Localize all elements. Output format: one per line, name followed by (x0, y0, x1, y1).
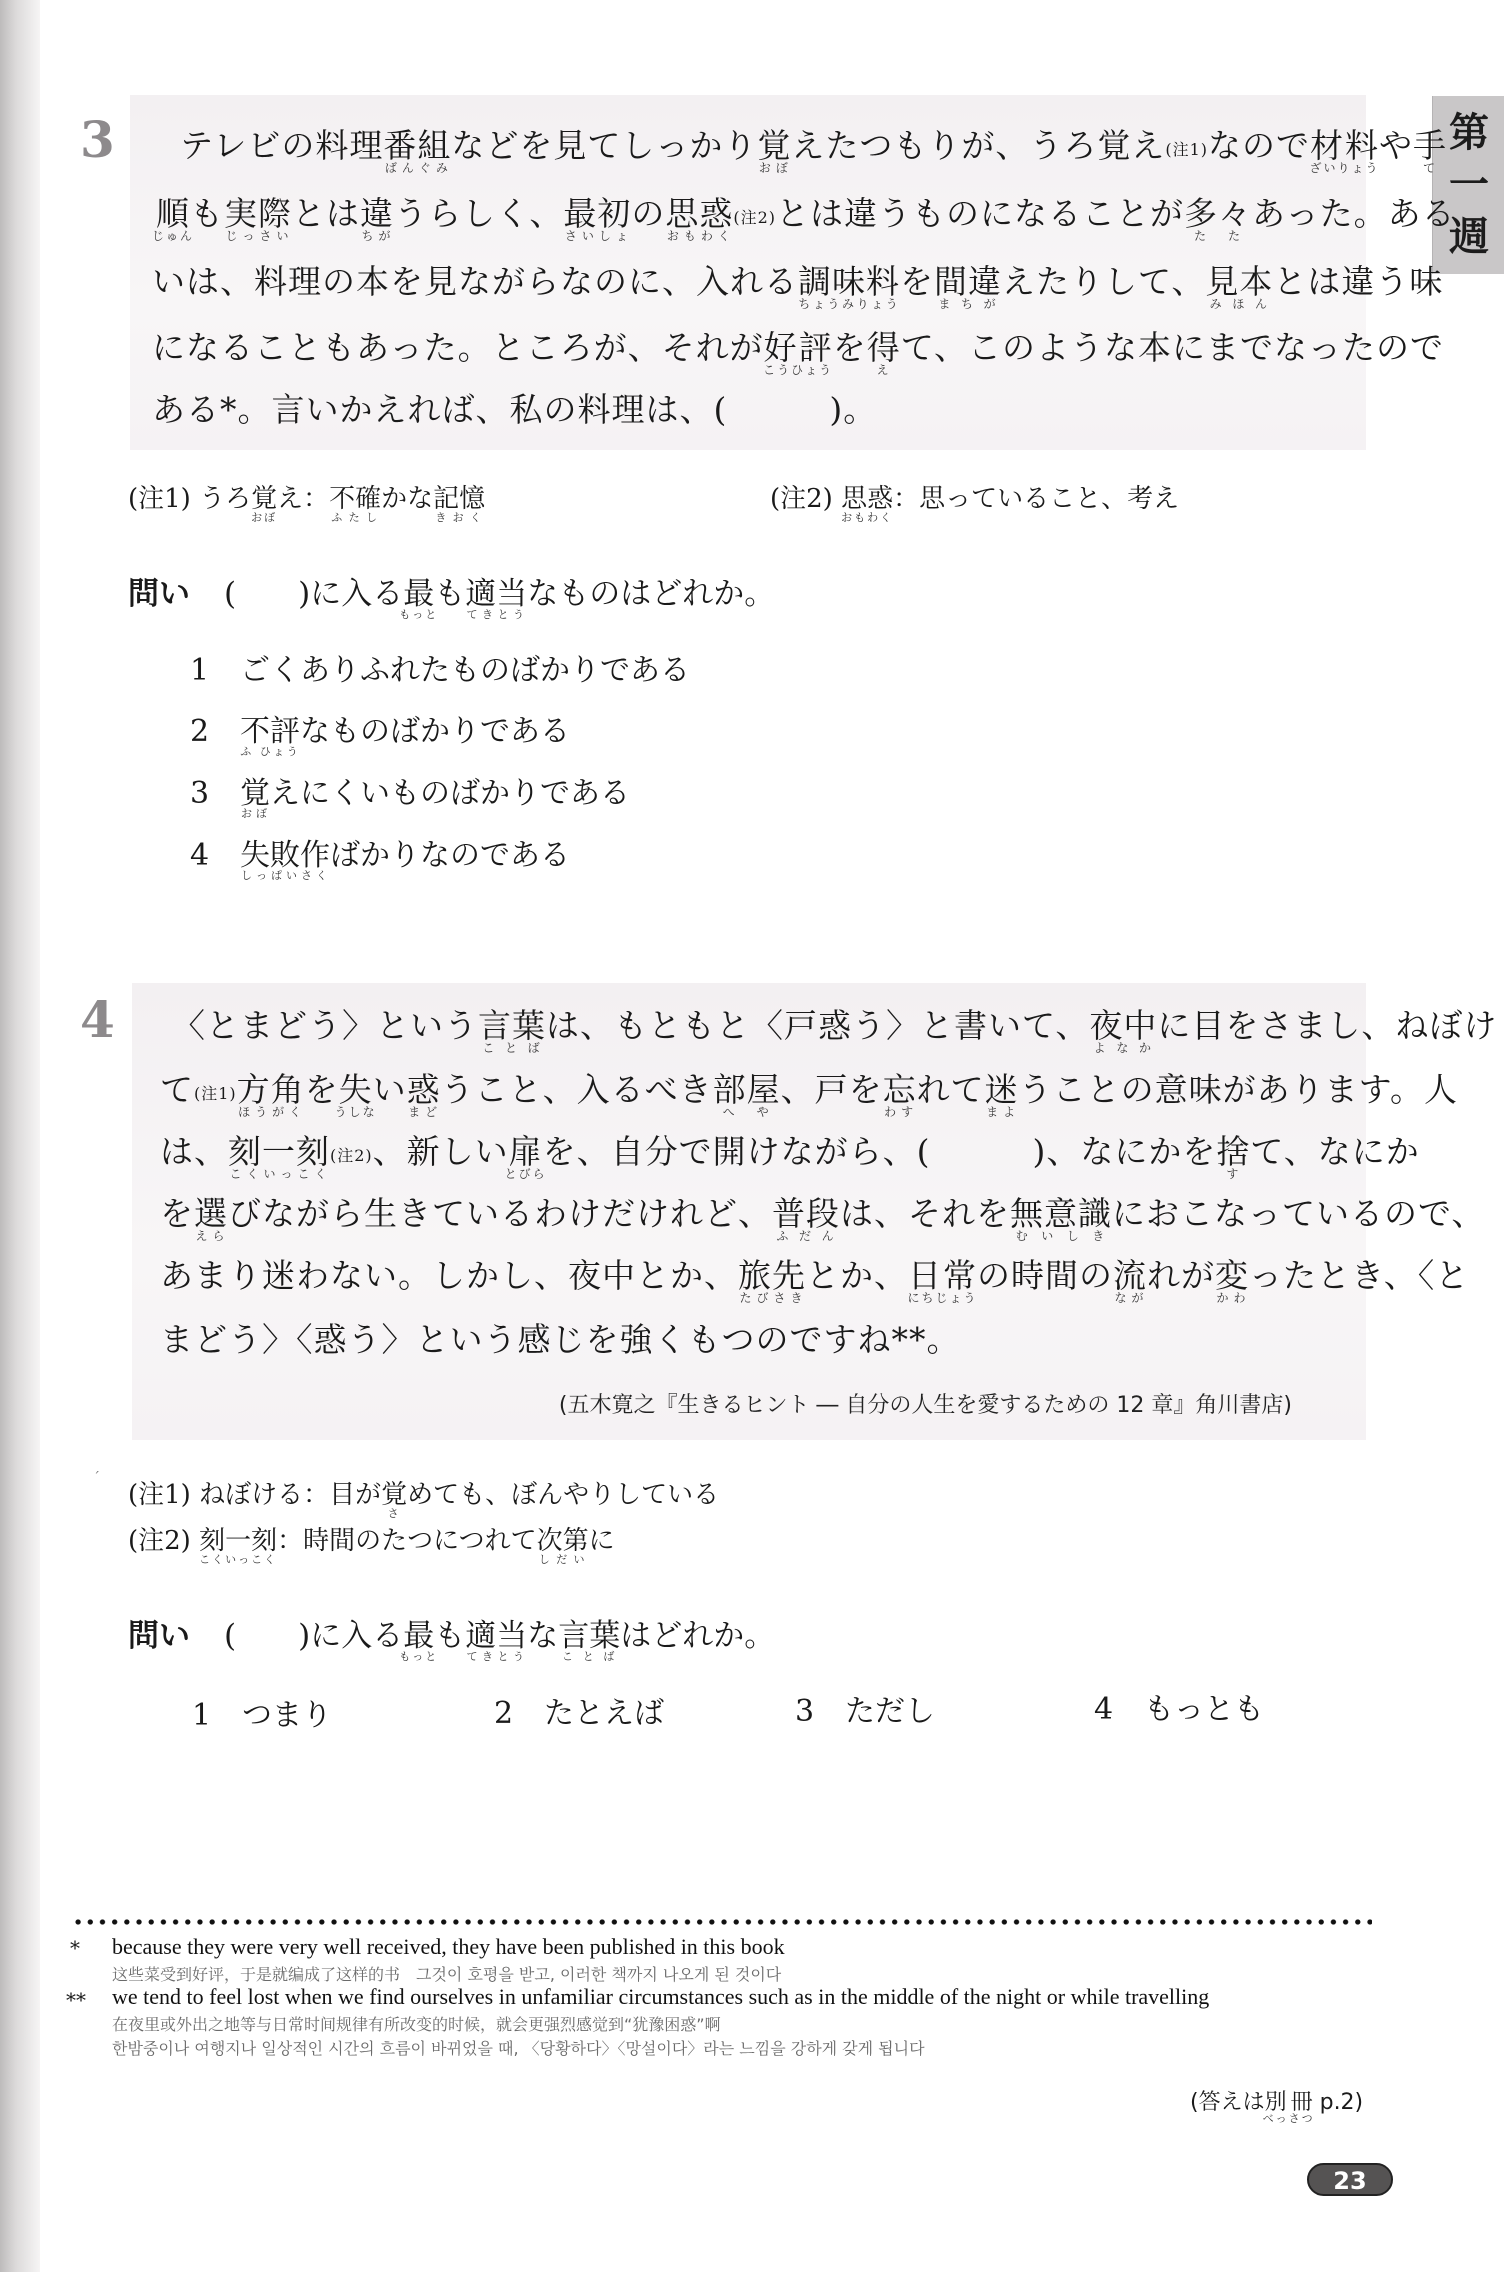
week-tab-char-1: 第 (1449, 107, 1489, 159)
footnote-1-english: because they were very well received, th… (112, 1934, 785, 1960)
answer-reference: (答えは別冊べっさつ p.2) (1190, 2085, 1363, 2124)
footnote-divider (72, 1918, 1372, 1926)
answer-blank: ( ) (224, 576, 310, 612)
footnote-2-english: we tend to feel lost when we find oursel… (112, 1984, 1209, 2010)
question-label: 問い (128, 1618, 190, 1654)
section-4-line-2: て(注1)方角ほうがくを失うしない惑まどうこと、入るべき部屋へや、戸を忘わすれて… (160, 1064, 1458, 1118)
section-4-line-1: 〈とまどう〉という言葉ことばは、もともと〈戸惑う〉と書いて、夜中よなかに目をさま… (172, 1000, 1497, 1054)
section-4-number: 4 (80, 990, 115, 1049)
section-3-option-3[interactable]: 3覚おぼえにくいものばかりである (190, 768, 630, 819)
footnote-2-mark: ** (66, 1988, 86, 2012)
section-4-option-2[interactable]: 2たとえば (494, 1688, 664, 1732)
answer-blank: ( ) (224, 1618, 310, 1654)
section-3-line-1: テレビの料理番組ばんぐみなどを見てしっかり覚おぼえたつもりが、うろ覚え(注1)な… (180, 120, 1447, 174)
section-3-line-4: になることもあった。ところが、それが好評こうひょうを得えて、このような本にまでな… (152, 322, 1444, 376)
stray-mark: ˊ (93, 1470, 100, 1486)
section-4-line-5: あまり迷わない。しかし、夜中とか、旅先たびさきとか、日常にちじょうの時間の流なが… (160, 1250, 1469, 1304)
section-3-line-5: ある*。言いかえれば、私の料理は、( )。 (152, 384, 877, 431)
section-4-line-3: は、刻一刻こくいっこく(注2)、新しい扉とびらを、自分で開けながら、( )、なに… (160, 1126, 1420, 1180)
question-label: 問い (128, 576, 190, 612)
section-3-option-2[interactable]: 2不評ふ ひょうなものばかりである (190, 706, 570, 758)
section-3-line-3: いは、料理の本を見ながらなのに、入れる調味料ちょうみりょうを間違まちがえたりして… (152, 256, 1443, 310)
source-citation: (五木寛之『生きるヒント ― 自分の人生を愛するための 12 章』角川書店) (559, 1388, 1292, 1419)
section-4-note-1: (注1) ねぼける：目が覚さめても、ぼんやりしている (128, 1474, 719, 1519)
section-3-option-4[interactable]: 4失敗作しっぱいさくばかりなのである (190, 830, 570, 881)
section-4-option-3[interactable]: 3ただし (795, 1686, 935, 1730)
section-4-line-6: まどう〉〈惑う〉という感じを強くもつのですね**。 (160, 1314, 961, 1361)
section-4-option-4[interactable]: 4もっとも (1094, 1684, 1264, 1728)
section-3-number: 3 (80, 110, 115, 169)
footnote-1-mark: * (70, 1936, 80, 1960)
section-3-note-2: (注2) 思惑おもわく：思っていること、考え (770, 478, 1179, 523)
section-3-question: 問い( )に入る最もっとも適当てきとうなものはどれか。 (128, 568, 775, 620)
section-4-option-1[interactable]: 1つまり (192, 1690, 332, 1734)
page-number-badge: 23 (1307, 2163, 1393, 2196)
footnote-2-translation-zh: 在夜里或外出之地等与日常时间规律有所改变的时候，就会更强烈感觉到“犹豫困惑”啊 (112, 2012, 721, 2035)
section-3-note-1: (注1) うろ覚おぼえ：不確ふたしかな記憶きおく (128, 478, 485, 523)
footnote-2-translation-ko: 한밤중이나 여행지나 일상적인 시간의 흐름이 바뀌었을 때, 〈당황하다〉〈망… (112, 2036, 925, 2059)
footnote-1-translation: 这些菜受到好评，于是就编成了这样的书 그것이 호평을 받고, 이러한 책까지 나… (112, 1962, 781, 1985)
page-binding-shadow (0, 0, 40, 2272)
section-4-line-4: を選えらびながら生きているわけだけれど、普段ふだんは、それを無意識むいしきにおこ… (160, 1188, 1485, 1242)
section-3-line-2: 順じゅんも実際じっさいとは違ちがうらしく、最初さいしょの思惑おもわく(注2)とは… (152, 188, 1456, 242)
section-3-option-1[interactable]: 1ごくありふれたものばかりである (190, 645, 690, 689)
section-4-question: 問い( )に入る最もっとも適当てきとうな言葉ことばはどれか。 (128, 1610, 775, 1662)
section-4-note-2: (注2) 刻一刻こくいっこく：時間のたつにつれて次第しだいに (128, 1520, 615, 1565)
